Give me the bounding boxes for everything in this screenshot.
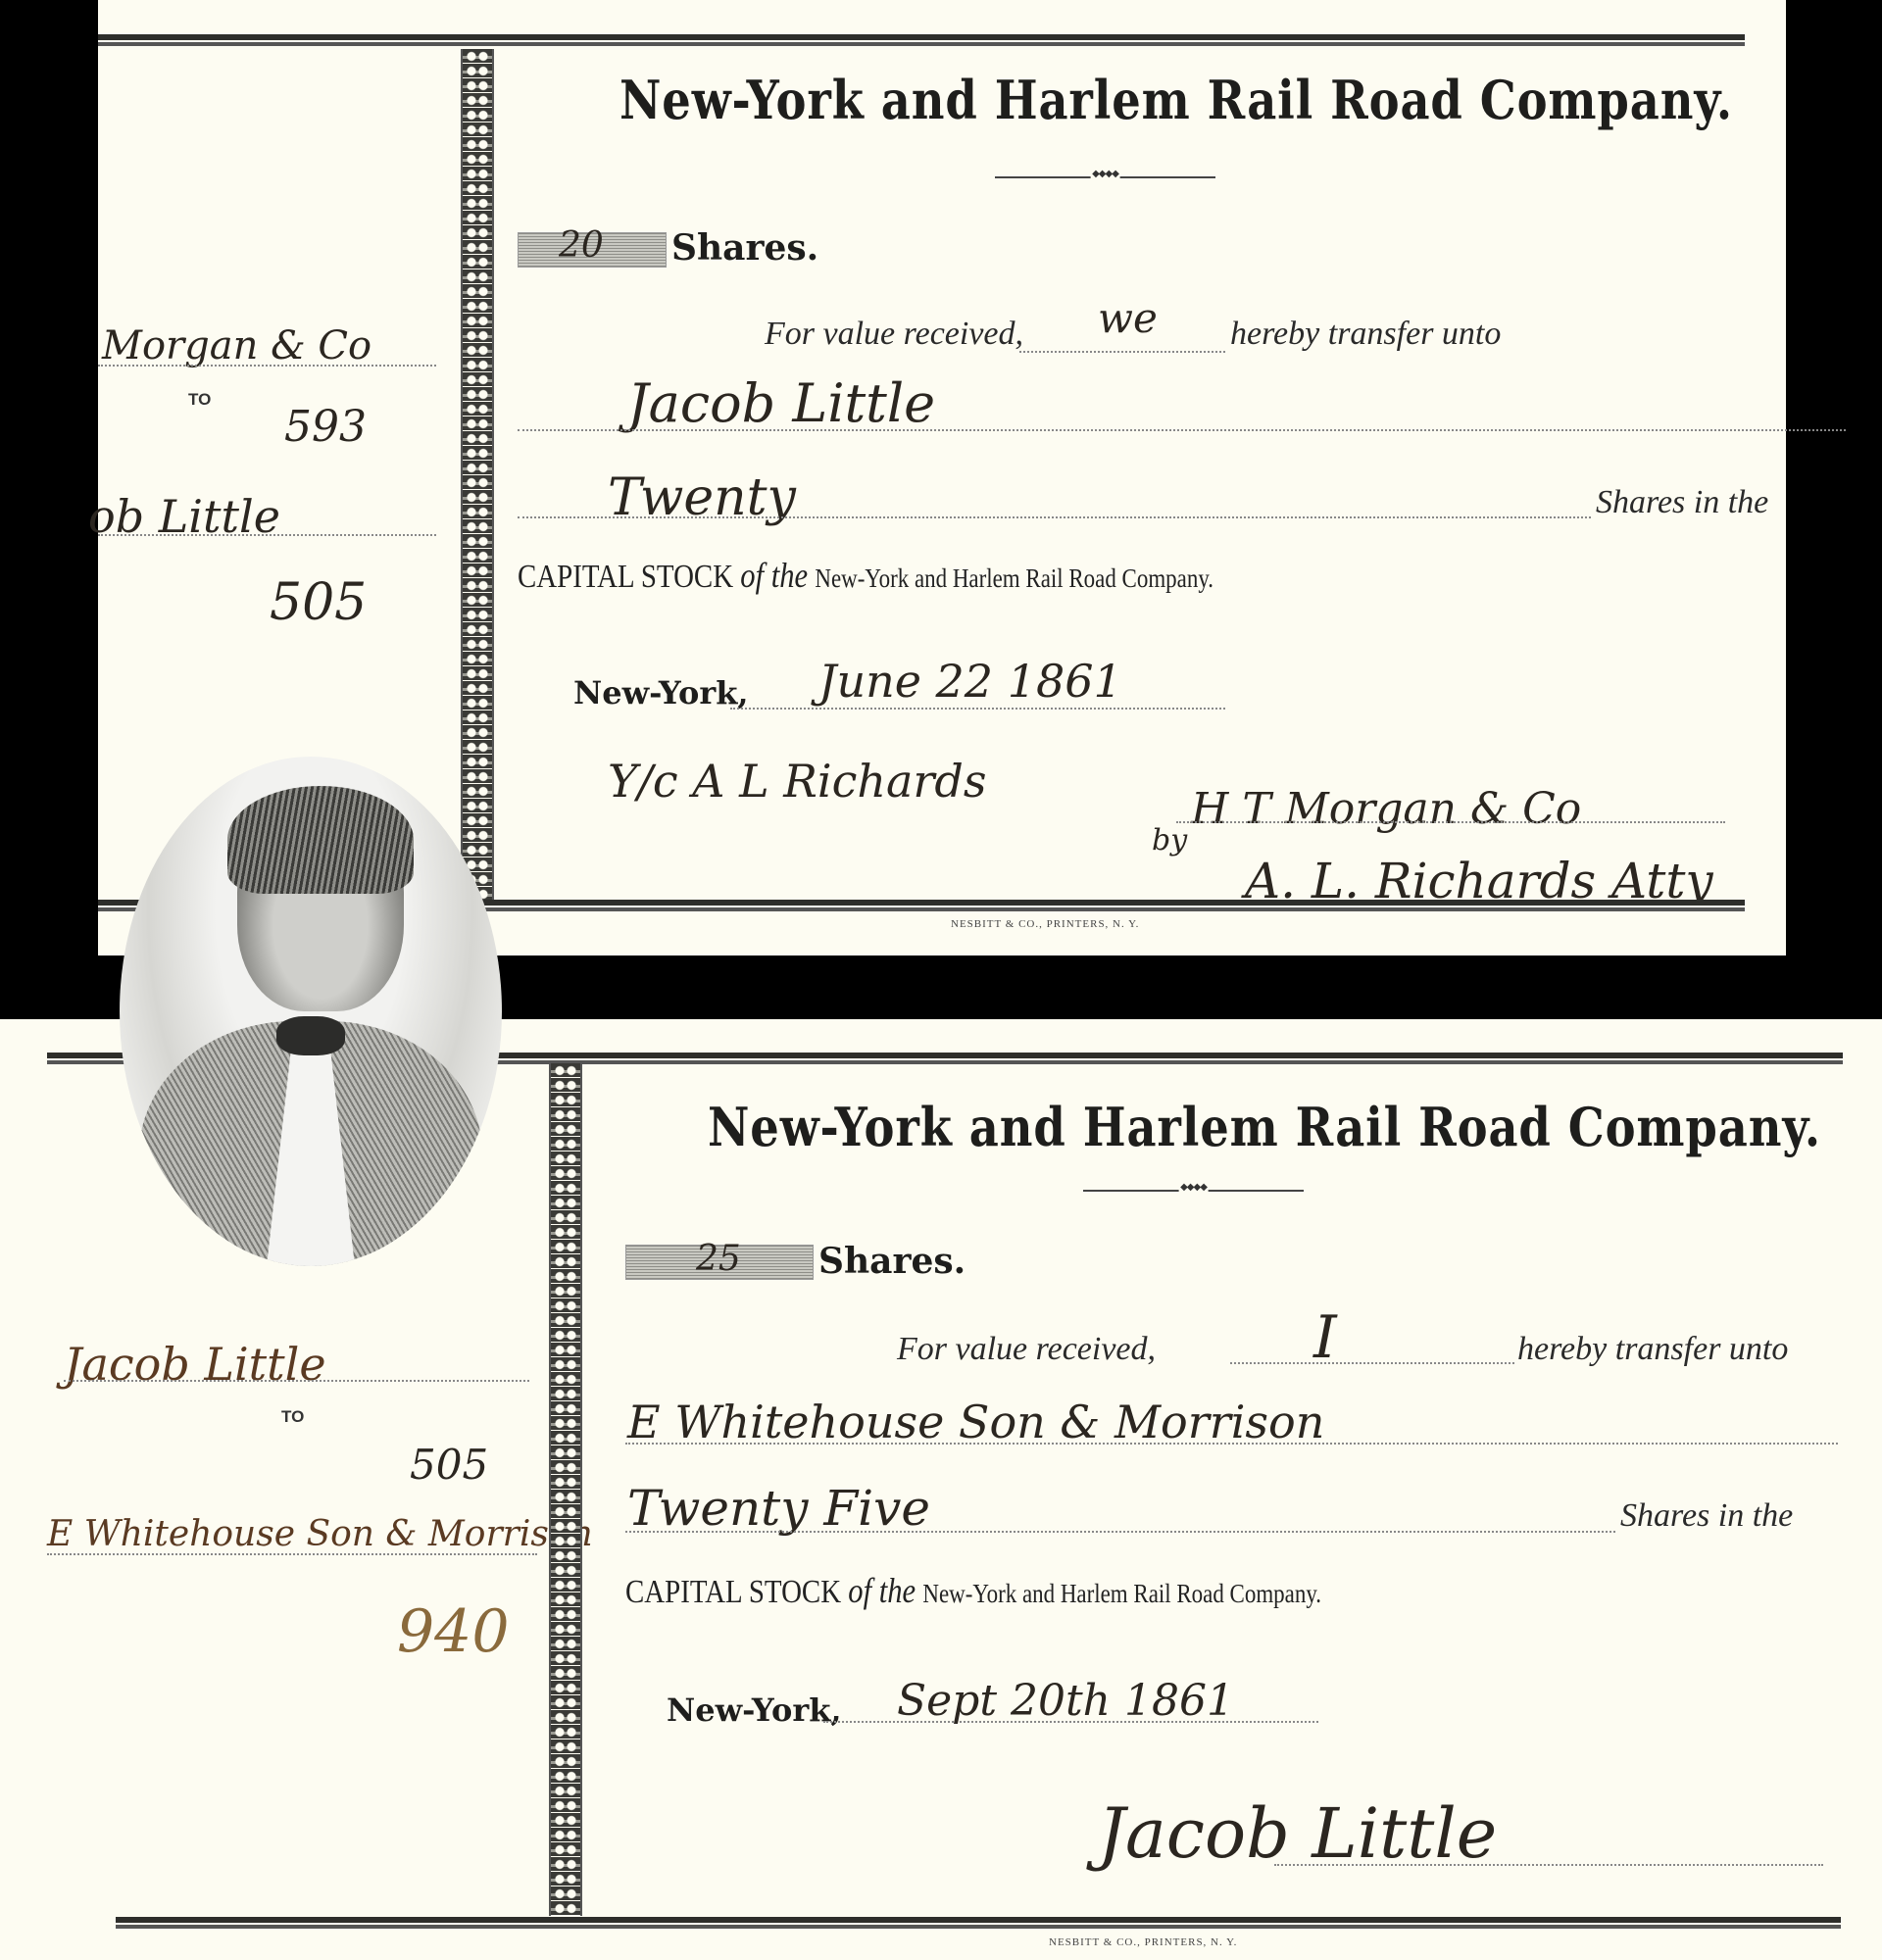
shares-in-the-label: Shares in the [1596, 484, 1768, 521]
witness-note: Y/c A L Richards [608, 755, 986, 808]
transferor: I [1313, 1303, 1337, 1372]
transferor-line [1019, 351, 1225, 353]
transferee-line [518, 429, 1846, 431]
shares-label: Shares. [671, 227, 818, 269]
transferor-line [1230, 1362, 1514, 1364]
shares-label: Shares. [818, 1241, 966, 1282]
stub-number-top: 505 [410, 1441, 488, 1489]
stub-to-label: TO [188, 390, 211, 410]
by-label: by [1152, 823, 1187, 857]
bottom-border-rule [116, 1917, 1841, 1925]
for-value-label: For value received, [765, 316, 1023, 353]
stub-to-name: E Whitehouse Son & Morrison [47, 1514, 593, 1554]
hereby-transfer-label: hereby transfer unto [1517, 1331, 1788, 1368]
signature-line-1: H T Morgan & Co [1191, 784, 1581, 834]
printer-imprint: NESBITT & CO., PRINTERS, N. Y. [1049, 1936, 1237, 1948]
of-the-label: of the [740, 556, 808, 595]
shares-words-line [625, 1531, 1615, 1533]
title-flourish [995, 176, 1215, 178]
city-label: New-York, [667, 1691, 842, 1729]
stub-from-name: Morgan & Co [102, 323, 371, 368]
for-value-label: For value received, [897, 1331, 1156, 1368]
capital-company-name: New-York and Harlem Rail Road Company. [815, 563, 1213, 593]
shares-in-words: Twenty [608, 468, 796, 527]
stub-to-line [98, 534, 436, 536]
capital-stock-label: CAPITAL STOCK [518, 559, 733, 595]
portrait-cravat [276, 1016, 345, 1055]
top-border-rule [98, 34, 1745, 42]
ornamental-border-strip [549, 1063, 582, 1916]
capital-stock-label: CAPITAL STOCK [625, 1574, 841, 1610]
stub-number-top: 593 [284, 402, 367, 452]
company-title: New-York and Harlem Rail Road Company. [619, 69, 1733, 131]
shares-in-the-label: Shares in the [1620, 1497, 1793, 1535]
capital-stock-line: CAPITAL STOCK of the New-York and Harlem… [625, 1570, 1321, 1611]
shares-in-words: Twenty Five [627, 1480, 930, 1537]
transferee-name: E Whitehouse Son & Morrison [627, 1396, 1324, 1448]
company-title: New-York and Harlem Rail Road Company. [708, 1096, 1821, 1158]
capital-stock-line: CAPITAL STOCK of the New-York and Harlem… [518, 555, 1213, 596]
title-flourish [1083, 1190, 1304, 1192]
shares-words-line [518, 516, 1591, 518]
stub-from-name: Jacob Little [64, 1338, 326, 1391]
date: June 22 1861 [818, 655, 1122, 708]
stub-from-line [64, 1380, 529, 1382]
signature-line [1274, 1864, 1823, 1866]
signature-line [1176, 821, 1725, 823]
stub-to-label: TO [281, 1407, 304, 1427]
stub-number-bottom: 505 [270, 573, 367, 632]
portrait-hair [227, 786, 414, 894]
ornamental-border-strip [461, 49, 494, 900]
shares-count: 25 [696, 1239, 741, 1279]
of-the-label: of the [848, 1571, 916, 1610]
transferor: we [1098, 294, 1158, 342]
capital-company-name: New-York and Harlem Rail Road Company. [922, 1579, 1321, 1608]
shares-count: 20 [559, 225, 604, 266]
engraved-portrait [120, 757, 502, 1266]
city-label: New-York, [573, 674, 749, 711]
stub-number-bottom: 940 [397, 1597, 510, 1666]
stub-to-line [47, 1553, 537, 1555]
stub-from-line [98, 365, 436, 367]
signature: Jacob Little [1098, 1793, 1497, 1874]
printer-imprint: NESBITT & CO., PRINTERS, N. Y. [951, 918, 1139, 930]
date-line [730, 708, 1225, 710]
transferee-name: Jacob Little [627, 372, 935, 434]
hereby-transfer-label: hereby transfer unto [1230, 316, 1501, 353]
date: Sept 20th 1861 [897, 1676, 1234, 1726]
transferee-line [625, 1443, 1838, 1445]
